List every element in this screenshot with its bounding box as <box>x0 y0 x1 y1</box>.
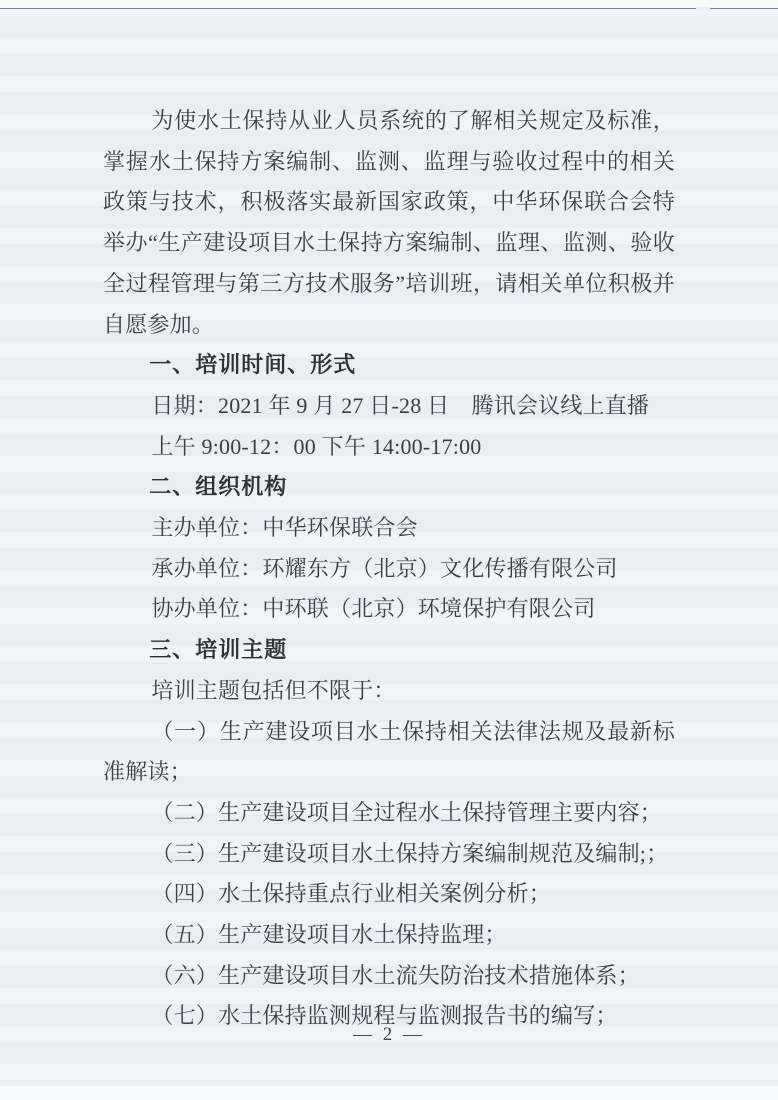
section-line: 承办单位：环耀东方（北京）文化传播有限公司 <box>103 549 675 590</box>
section-line: 日期：2021 年 9 月 27 日-28 日 腾讯会议线上直播 <box>103 386 675 427</box>
intro-paragraph: 为使水土保持从业人员系统的了解相关规定及标准，掌握水土保持方案编制、监测、监理与… <box>103 101 675 345</box>
document-content: 为使水土保持从业人员系统的了解相关规定及标准，掌握水土保持方案编制、监测、监理与… <box>103 101 675 1037</box>
scan-bottom-margin <box>0 1086 778 1100</box>
scanned-page: 为使水土保持从业人员系统的了解相关规定及标准，掌握水土保持方案编制、监测、监理与… <box>0 0 778 1100</box>
section-line: 培训主题包括但不限于： <box>103 671 675 712</box>
section-line: 上午 9:00-12：00 下午 14:00-17:00 <box>103 427 675 468</box>
section-heading: 二、组织机构 <box>103 467 675 508</box>
section-line: 协办单位：中环联（北京）环境保护有限公司 <box>103 589 675 630</box>
sections-container: 一、培训时间、形式日期：2021 年 9 月 27 日-28 日 腾讯会议线上直… <box>103 345 675 1037</box>
section-line: （六）生产建设项目水土流失防治技术措施体系； <box>103 956 675 997</box>
section-line: （三）生产建设项目水土保持方案编制规范及编制;； <box>103 834 675 875</box>
section-line: （二）生产建设项目全过程水土保持管理主要内容； <box>103 793 675 834</box>
section-line: （一）生产建设项目水土保持相关法律法规及最新标准解读； <box>103 712 675 793</box>
section-heading: 三、培训主题 <box>103 630 675 671</box>
page-number: — 2 — <box>0 1020 778 1050</box>
section-line: （五）生产建设项目水土保持监理； <box>103 915 675 956</box>
section-line: 主办单位：中华环保联合会 <box>103 508 675 549</box>
section-heading: 一、培训时间、形式 <box>103 345 675 386</box>
section-line: （四）水土保持重点行业相关案例分析； <box>103 874 675 915</box>
scan-edge-artifact <box>0 0 778 9</box>
